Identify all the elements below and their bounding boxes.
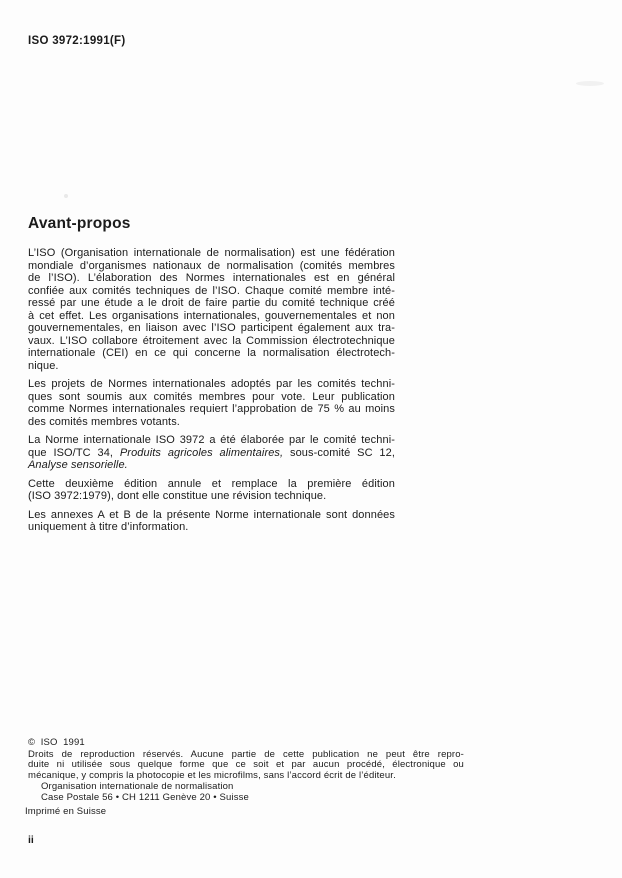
paragraph-line: comme Normes internationales requiert l’… bbox=[28, 403, 395, 416]
italic-committee-name: Produits agricoles alimentaires, bbox=[120, 447, 283, 459]
scan-artifact-smudge bbox=[576, 81, 604, 86]
paragraph-line: ques sont soumis aux comités membres pou… bbox=[28, 391, 395, 404]
paragraph-line: uniquement à titre d’information. bbox=[28, 521, 395, 534]
printed-in-notice: Imprimé en Suisse bbox=[25, 807, 464, 818]
document-reference: ISO 3972:1991(F) bbox=[28, 35, 126, 47]
copyright-notice: © ISO 1991 bbox=[28, 738, 464, 749]
paragraph-line: de l’ISO). L’élaboration des Normes inte… bbox=[28, 272, 395, 285]
section-title-avant-propos: Avant-propos bbox=[28, 215, 131, 233]
paragraph-line: Cette deuxième édition annule et remplac… bbox=[28, 478, 395, 491]
body-text-column: L’ISO (Organisation internationale de no… bbox=[28, 247, 395, 534]
paragraph-line: ressé par une étude a le droit de faire … bbox=[28, 297, 395, 310]
paragraph-line: L’ISO (Organisation internationale de no… bbox=[28, 247, 395, 260]
paragraph-line: Analyse sensorielle. bbox=[28, 459, 395, 472]
document-page: ISO 3972:1991(F) Avant-propos L’ISO (Org… bbox=[0, 0, 622, 878]
publisher-location: Case Postale 56 • CH 1211 Genève 20 • Su… bbox=[41, 793, 464, 804]
paragraph-line: internationale (CEI) en ce qui concerne … bbox=[28, 347, 395, 360]
paragraph-technical-committee: La Norme internationale ISO 3972 a été é… bbox=[28, 434, 395, 472]
italic-subcommittee-name: Analyse sensorielle. bbox=[28, 459, 128, 471]
paragraph-line: gouvernementales, en liaison avec l’ISO … bbox=[28, 322, 395, 335]
page-number: ii bbox=[28, 834, 34, 846]
paragraph-line: des comités membres votants. bbox=[28, 416, 395, 429]
paragraph-line: La Norme internationale ISO 3972 a été é… bbox=[28, 434, 395, 447]
paragraph-vote-publication: Les projets de Normes internationales ad… bbox=[28, 378, 395, 428]
paragraph-line: Les projets de Normes internationales ad… bbox=[28, 378, 395, 391]
paragraph-second-edition: Cette deuxième édition annule et remplac… bbox=[28, 478, 395, 503]
paragraph-annexes: Les annexes A et B de la présente Norme … bbox=[28, 509, 395, 534]
reproduction-rights-text: Droits de reproduction réservés. Aucune … bbox=[28, 750, 464, 782]
paragraph-line: vaux. L’ISO collabore étroitement avec l… bbox=[28, 335, 395, 348]
paragraph-line: Les annexes A et B de la présente Norme … bbox=[28, 509, 395, 522]
paragraph-line: confiée aux comités techniques de l’ISO.… bbox=[28, 285, 395, 298]
copyright-footer: © ISO 1991 Droits de reproduction réserv… bbox=[28, 738, 464, 817]
paragraph-line: mécanique, y compris la photocopie et le… bbox=[28, 771, 464, 782]
paragraph-line: que ISO/TC 34, Produits agricoles alimen… bbox=[28, 447, 395, 460]
paragraph-line: mondiale d’organismes nationaux de norma… bbox=[28, 260, 395, 273]
paragraph-line: nique. bbox=[28, 360, 395, 373]
publisher-address: Organisation internationale de normalisa… bbox=[41, 782, 464, 803]
paragraph-line: à cet effet. Les organisations internati… bbox=[28, 310, 395, 323]
paragraph-iso-federation: L’ISO (Organisation internationale de no… bbox=[28, 247, 395, 372]
scan-artifact-speck bbox=[64, 194, 68, 198]
paragraph-line: (ISO 3972:1979), dont elle constitue une… bbox=[28, 490, 395, 503]
